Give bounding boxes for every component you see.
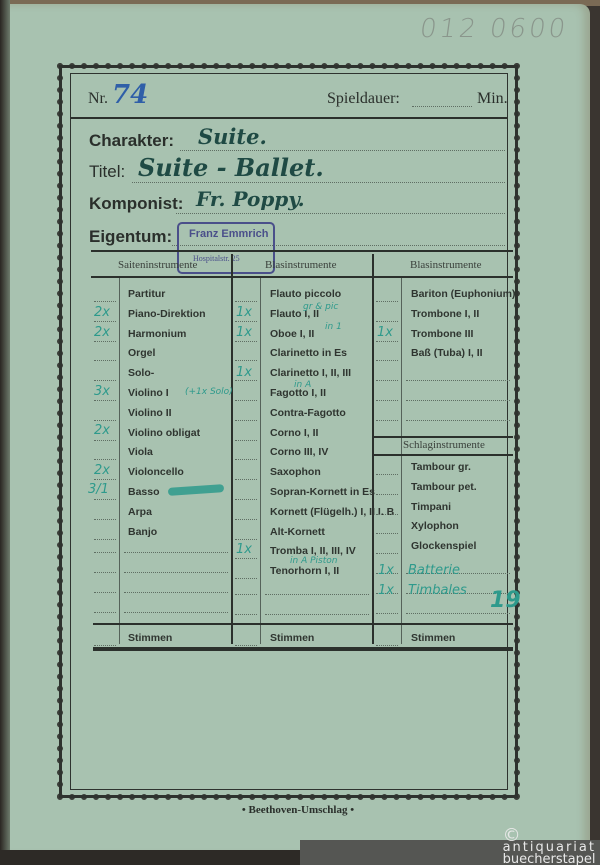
titel-value: Suite - Ballet. <box>138 153 324 182</box>
part-count-field <box>376 494 398 495</box>
instrument-label: Flauto piccolo <box>270 288 341 300</box>
part-count-field <box>94 519 116 520</box>
blank-name-line <box>124 592 228 593</box>
part-count-field <box>235 440 257 441</box>
part-count-field <box>376 553 398 554</box>
count-flauto: 1x <box>236 305 252 320</box>
count-clarinetto: 1x <box>236 365 252 380</box>
part-count-field <box>94 341 116 342</box>
col-header-winds-1: Blasinstrumente <box>265 259 337 271</box>
part-count-field <box>94 380 116 381</box>
blank-name-line <box>406 400 510 401</box>
part-count-field <box>94 400 116 401</box>
table-top-rule <box>91 250 513 252</box>
blank-count-line <box>94 592 116 593</box>
blank-count-line <box>376 420 398 421</box>
part-count-field <box>376 341 398 342</box>
part-count-field <box>235 341 257 342</box>
instrument-label: Clarinetto in Es <box>270 347 347 359</box>
part-count-field <box>235 400 257 401</box>
part-count-field <box>94 360 116 361</box>
count-violino-obligat: 2x <box>94 423 110 438</box>
col-header-strings: Saiteninstrumente <box>118 259 197 271</box>
col-divider-2 <box>372 254 374 644</box>
eigentum-label: Eigentum: <box>89 227 172 247</box>
blank-count-line <box>94 572 116 573</box>
komponist-value: Fr. Poppy. <box>196 187 305 211</box>
blank-count-line <box>235 614 257 615</box>
part-count-field <box>235 479 257 480</box>
part-count-field <box>376 301 398 302</box>
instrument-label: Violino I <box>128 387 169 399</box>
instrument-label: Viola <box>128 446 153 458</box>
instrument-label: Saxophon <box>270 466 321 478</box>
instrument-label: Corno I, II <box>270 427 318 439</box>
part-count-field <box>94 420 116 421</box>
spieldauer-field <box>412 106 472 107</box>
komponist-label: Komponist: <box>89 194 183 214</box>
blank-name-line <box>124 612 228 613</box>
instrument-label: Corno III, IV <box>270 446 328 458</box>
blank-name-line <box>124 572 228 573</box>
stimmen-label-1: Stimmen <box>128 632 172 644</box>
publisher-footer: • Beethoven-Umschlag • <box>6 804 590 816</box>
part-count-field <box>94 459 116 460</box>
part-count-field <box>235 321 257 322</box>
count-basso: 3/1 <box>88 482 109 497</box>
count-violino-1: 3x <box>94 384 110 399</box>
instrument-label: Violino II <box>128 407 172 419</box>
spieldauer-label: Spieldauer: <box>327 90 400 108</box>
stimmen-count-3 <box>376 645 398 646</box>
count-batterie: 1x <box>378 563 394 578</box>
instrument-label: Oboe I, II <box>270 328 314 340</box>
part-count-field <box>376 514 398 515</box>
instrument-label: Clarinetto I, II, III <box>270 367 351 379</box>
part-count-field <box>235 499 257 500</box>
instrument-label: Solo- <box>128 367 154 379</box>
part-count-field <box>235 558 257 559</box>
part-count-field <box>376 321 398 322</box>
col1-count-divider <box>119 278 120 644</box>
note-clarinetto: in A <box>294 380 311 390</box>
komponist-line <box>176 213 505 214</box>
stimmen-count-2 <box>235 645 257 646</box>
handwritten-batterie: Batterie <box>408 563 460 578</box>
part-count-field <box>235 420 257 421</box>
watermark-line2: buecherstapel <box>503 854 596 865</box>
stamp-name: Franz Emmrich <box>189 228 268 240</box>
part-count-field <box>235 360 257 361</box>
charakter-value: Suite. <box>198 124 267 149</box>
instrument-label: Alt-Kornett <box>270 526 325 538</box>
note-flauto: gr & pic <box>303 302 338 312</box>
instrument-label: Tambour pet. <box>411 481 477 493</box>
blank-name-line <box>406 420 510 421</box>
part-count-field <box>94 301 116 302</box>
instrument-label: Partitur <box>128 288 165 300</box>
archive-number-pencil: 012 0600 <box>418 14 570 44</box>
percussion-top-rule <box>373 436 513 438</box>
part-count-field <box>235 578 257 579</box>
part-count-field <box>376 533 398 534</box>
stamp-address: Hospitalstr. 25 <box>193 254 240 263</box>
col2-count-divider <box>260 278 261 644</box>
instrument-label: Kornett (Flügelh.) I, II I. B <box>270 506 394 518</box>
instrument-label: Trombone III <box>411 328 473 340</box>
instrument-label: Contra-Fagotto <box>270 407 346 419</box>
handwritten-timbales: Timbales <box>408 583 467 598</box>
blank-name-line <box>265 594 369 595</box>
note-tromba: in A Piston <box>290 556 337 566</box>
instrument-label: Bariton (Euphonium) <box>411 288 515 300</box>
part-count-field <box>94 321 116 322</box>
part-count-field <box>94 440 116 441</box>
part-count-field <box>94 499 116 500</box>
stimmen-label-2: Stimmen <box>270 632 314 644</box>
col3-count-divider <box>401 278 402 644</box>
instrument-label: Piano-Direktion <box>128 308 206 320</box>
instrument-label: Baß (Tuba) I, II <box>411 347 483 359</box>
blank-count-line <box>376 380 398 381</box>
note-violino-1: (+1x Solo) <box>185 387 233 397</box>
part-count-field <box>235 459 257 460</box>
count-oboe: 1x <box>236 325 252 340</box>
instrument-label: Sopran-Kornett in Es <box>270 486 375 498</box>
percussion-header: Schlaginstrumente <box>403 439 485 451</box>
part-count-field <box>235 301 257 302</box>
part-count-field <box>235 519 257 520</box>
instrument-label: Banjo <box>128 526 157 538</box>
charakter-label: Charakter: <box>89 131 174 151</box>
blank-count-line <box>94 552 116 553</box>
instrument-label: Xylophon <box>411 520 459 532</box>
percussion-header-rule <box>373 454 513 456</box>
spieldauer-unit: Min. <box>477 90 508 108</box>
part-count-field <box>235 539 257 540</box>
part-count-field <box>94 539 116 540</box>
count-violoncello: 2x <box>94 463 110 478</box>
blank-count-line <box>94 612 116 613</box>
blank-name-line <box>124 552 228 553</box>
instrument-label: Glockenspiel <box>411 540 476 552</box>
blank-count-line <box>376 400 398 401</box>
binding-edge <box>0 0 10 865</box>
blank-count-line <box>376 613 398 614</box>
part-count-field <box>376 360 398 361</box>
part-count-field <box>376 474 398 475</box>
blank-count-line <box>235 594 257 595</box>
instrument-label: Tambour gr. <box>411 461 471 473</box>
titel-line <box>132 182 505 183</box>
part-count-field <box>235 380 257 381</box>
col-divider-1 <box>231 254 233 644</box>
blank-name-line <box>406 380 510 381</box>
instrument-label: Tenorhorn I, II <box>270 565 339 577</box>
nr-value: 74 <box>112 80 148 110</box>
col-header-winds-2: Blasinstrumente <box>410 259 482 271</box>
instrument-label: Basso <box>128 486 160 498</box>
note-oboe: in 1 <box>325 322 342 332</box>
charakter-line <box>180 150 505 151</box>
nr-label: Nr. <box>88 90 108 108</box>
instrument-label: Orgel <box>128 347 155 359</box>
count-piano-direktion: 2x <box>94 305 110 320</box>
part-count-field <box>94 479 116 480</box>
blank-name-line <box>265 614 369 615</box>
count-harmonium: 2x <box>94 325 110 340</box>
watermark: © antiquariat buecherstapel <box>503 826 596 865</box>
count-timbales: 1x <box>378 583 394 598</box>
stimmen-label-3: Stimmen <box>411 632 455 644</box>
table-header-rule <box>91 276 513 278</box>
instrument-label: Trombone I, II <box>411 308 479 320</box>
stimmen-count-1 <box>94 645 116 646</box>
instrument-label: Violino obligat <box>128 427 200 439</box>
instrument-label: Timpani <box>411 501 451 513</box>
count-trombone-3: 1x <box>377 325 393 340</box>
table-bottom-rule <box>93 647 513 651</box>
instrument-label: Arpa <box>128 506 152 518</box>
header-divider <box>71 117 507 119</box>
instrument-label: Violoncello <box>128 466 184 478</box>
count-tromba: 1x <box>236 542 252 557</box>
total-parts-count: 19 <box>490 588 521 613</box>
titel-label: Titel: <box>89 162 125 182</box>
instrument-label: Harmonium <box>128 328 186 340</box>
stimmen-top-rule <box>93 623 513 625</box>
